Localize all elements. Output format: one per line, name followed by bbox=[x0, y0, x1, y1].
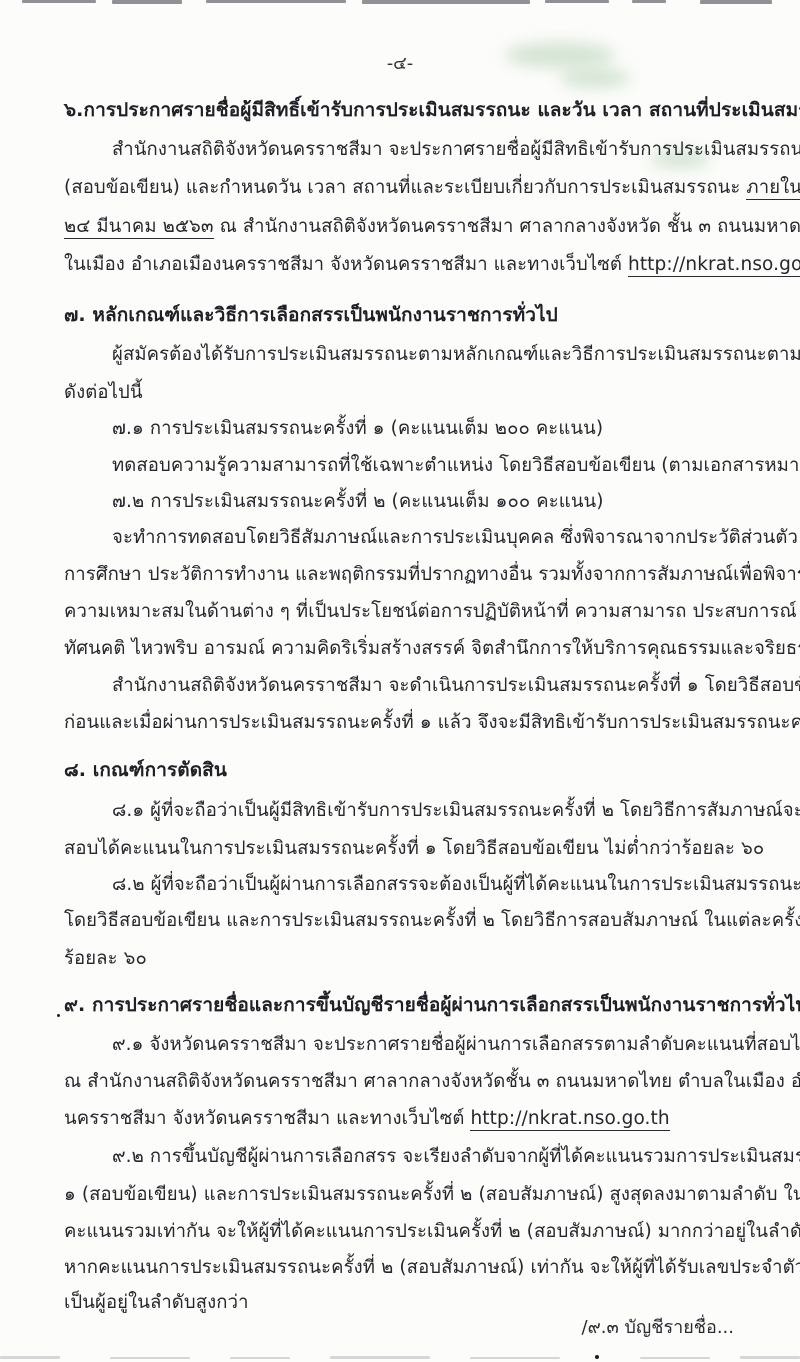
section9-item-92-line: ๑ (สอบข้อเขียน) และการประเมินสมรรถนะครั้… bbox=[64, 1180, 770, 1210]
section6-paragraph-line: (สอบข้อเขียน) และกำหนดวัน เวลา สถานที่แล… bbox=[64, 173, 770, 203]
section6-paragraph-line: ๒๔ มีนาคม ๒๕๖๓ ณ สำนักงานสถิติจังหวัดนคร… bbox=[64, 212, 770, 242]
scan-edge-artifact bbox=[640, 1357, 710, 1359]
section7-paragraph-line: ดังต่อไปนี้ bbox=[64, 378, 770, 408]
scan-edge-artifact bbox=[0, 1356, 60, 1359]
section7-heading: ๗. หลักเกณฑ์และวิธีการเลือกสรรเป็นพนักงา… bbox=[64, 300, 770, 330]
section7-paragraph-line: ความเหมาะสมในด้านต่าง ๆ ที่เป็นประโยชน์ต… bbox=[64, 597, 770, 627]
scan-speck bbox=[595, 1355, 599, 1359]
scan-edge-artifact bbox=[330, 1356, 430, 1359]
page-number: -๔- bbox=[0, 48, 800, 77]
scan-speck bbox=[57, 1014, 60, 1017]
section8-item-81-line: สอบได้คะแนนในการประเมินสมรรถนะครั้งที่ ๑… bbox=[64, 834, 770, 864]
section7-item-71: ๗.๑ การประเมินสมรรถนะครั้งที่ ๑ (คะแนนเต… bbox=[112, 414, 770, 444]
text-segment: นครราชสีมา จังหวัดนครราชสีมา และทางเว็บไ… bbox=[64, 1108, 470, 1129]
website-url-text: http://nkrat.nso.go.th bbox=[628, 254, 800, 277]
section9-item-91-line: นครราชสีมา จังหวัดนครราชสีมา และทางเว็บไ… bbox=[64, 1104, 770, 1134]
section8-item-81-line: ๘.๑ ผู้ที่จะถือว่าเป็นผู้มีสิทธิเข้ารับก… bbox=[112, 796, 770, 826]
section6-paragraph-line: ในเมือง อำเภอเมืองนครราชสีมา จังหวัดนครร… bbox=[64, 250, 770, 280]
section9-item-92-line: คะแนนรวมเท่ากัน จะให้ผู้ที่ได้คะแนนการปร… bbox=[64, 1217, 770, 1247]
section9-heading: ๙. การประกาศรายชื่อและการขึ้นบัญชีรายชื่… bbox=[64, 990, 770, 1020]
section8-item-82-line: ๘.๒ ผู้ที่จะถือว่าเป็นผู้ผ่านการเลือกสรร… bbox=[112, 870, 770, 900]
section6-paragraph-line: สำนักงานสถิติจังหวัดนครราชสีมา จะประกาศร… bbox=[112, 135, 770, 165]
section9-item-91-line: ณ สำนักงานสถิติจังหวัดนครราชสีมา ศาลากลา… bbox=[64, 1067, 770, 1097]
scanned-document-page: -๔- ๖.การประกาศรายชื่อผู้มีสิทธิ์เข้ารับ… bbox=[0, 0, 800, 1362]
section9-item-91-line: ๙.๑ จังหวัดนครราชสีมา จะประกาศรายชื่อผู้… bbox=[112, 1030, 770, 1060]
section6-heading: ๖.การประกาศรายชื่อผู้มีสิทธิ์เข้ารับการป… bbox=[64, 95, 770, 125]
section8-item-82-line: ร้อยละ ๖๐ bbox=[64, 944, 770, 974]
section9-item-92-line: หากคะแนนการประเมินสมรรถนะครั้งที่ ๒ (สอบ… bbox=[64, 1253, 770, 1283]
underlined-date-segment: ภายในวันที่ bbox=[746, 177, 800, 200]
scan-edge-artifact bbox=[230, 1357, 290, 1359]
section7-item-71-detail: ทดสอบความรู้ความสามารถที่ใช้เฉพาะตำแหน่ง… bbox=[112, 451, 770, 481]
text-segment: ในเมือง อำเภอเมืองนครราชสีมา จังหวัดนครร… bbox=[64, 254, 628, 275]
text-segment: ณ สำนักงานสถิติจังหวัดนครราชสีมา ศาลากลา… bbox=[214, 216, 800, 237]
section7-paragraph-line: ก่อนและเมื่อผ่านการประเมินสมรรถนะครั้งที… bbox=[64, 708, 770, 738]
scan-edge-artifact bbox=[112, 0, 182, 4]
section7-paragraph-line: สำนักงานสถิติจังหวัดนครราชสีมา จะดำเนินก… bbox=[112, 671, 770, 701]
section7-paragraph-line: ผู้สมัครต้องได้รับการประเมินสมรรถนะตามหล… bbox=[112, 340, 770, 370]
scan-edge-artifact bbox=[740, 1356, 800, 1359]
page-continuation-marker: /๙.๓ บัญชีรายชื่อ... bbox=[582, 1312, 735, 1341]
scan-edge-artifact bbox=[206, 0, 346, 3]
section7-paragraph-line: ทัศนคติ ไหวพริบ อารมณ์ ความคิดริเริ่มสร้… bbox=[64, 634, 770, 664]
section7-item-72: ๗.๒ การประเมินสมรรถนะครั้งที่ ๒ (คะแนนเต… bbox=[112, 487, 770, 517]
section9-item-92-line: ๙.๒ การขึ้นบัญชีผู้ผ่านการเลือกสรร จะเรี… bbox=[112, 1142, 770, 1172]
website-url-text: http://nkrat.nso.go.th bbox=[470, 1108, 669, 1131]
section7-paragraph-line: จะทำการทดสอบโดยวิธีสัมภาษณ์และการประเมิน… bbox=[112, 523, 770, 553]
scan-edge-artifact bbox=[632, 0, 666, 3]
scan-edge-artifact bbox=[545, 0, 609, 3]
text-segment: (สอบข้อเขียน) และกำหนดวัน เวลา สถานที่แล… bbox=[64, 177, 746, 198]
scan-edge-artifact bbox=[22, 0, 96, 3]
section7-paragraph-line: การศึกษา ประวัติการทำงาน และพฤติกรรมที่ป… bbox=[64, 560, 770, 590]
scan-edge-artifact bbox=[700, 0, 772, 4]
scan-edge-artifact bbox=[362, 0, 530, 4]
underlined-date-segment: ๒๔ มีนาคม ๒๕๖๓ bbox=[64, 216, 214, 239]
section8-heading: ๘. เกณฑ์การตัดสิน bbox=[64, 755, 770, 785]
scan-edge-artifact bbox=[470, 1357, 560, 1359]
scan-edge-artifact bbox=[110, 1357, 190, 1359]
section8-item-82-line: โดยวิธีสอบข้อเขียน และการประเมินสมรรถนะค… bbox=[64, 906, 770, 936]
